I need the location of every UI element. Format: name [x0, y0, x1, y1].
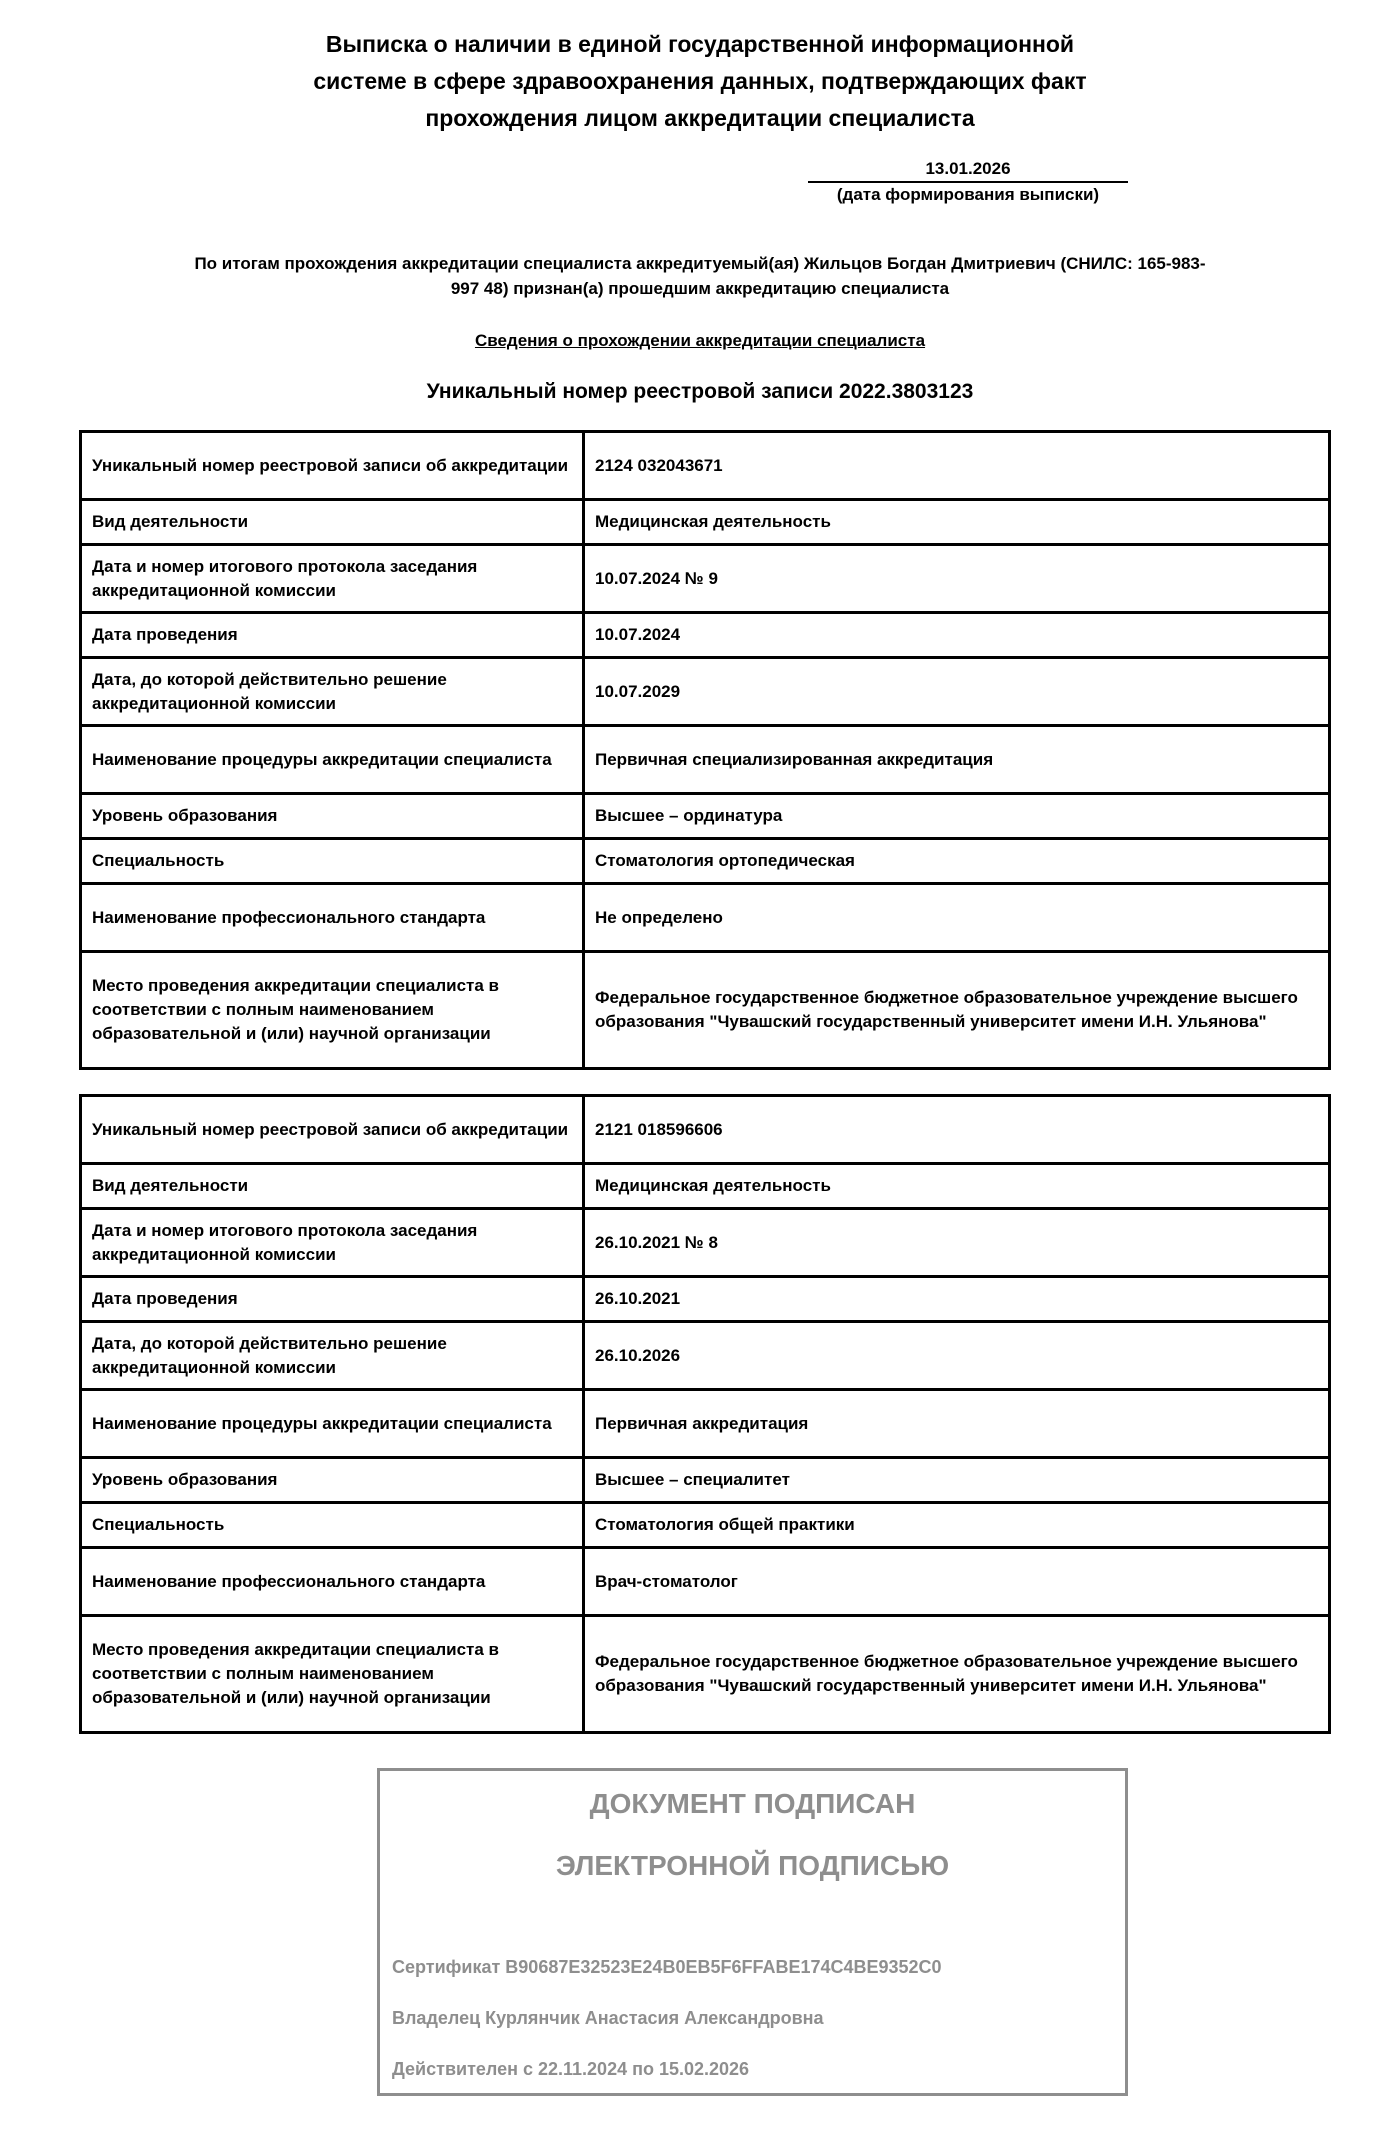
table-row: Специальность Стоматология общей практик… — [81, 1503, 1330, 1548]
row-value: Стоматология ортопедическая — [584, 839, 1330, 884]
table-row: Место проведения аккредитации специалист… — [81, 1616, 1330, 1733]
row-value: Федеральное государственное бюджетное об… — [584, 952, 1330, 1069]
row-label: Наименование процедуры аккредитации спец… — [81, 726, 584, 794]
row-value: 26.10.2021 — [584, 1277, 1330, 1322]
row-value: Высшее – специалитет — [584, 1458, 1330, 1503]
issue-date-block: 13.01.2026 (дата формирования выписки) — [808, 158, 1128, 207]
document-title-line: системе в сфере здравоохранения данных, … — [200, 63, 1200, 100]
row-value: 26.10.2026 — [584, 1322, 1330, 1390]
row-label: Место проведения аккредитации специалист… — [81, 1616, 584, 1733]
row-label: Вид деятельности — [81, 1164, 584, 1209]
row-value: Федеральное государственное бюджетное об… — [584, 1616, 1330, 1733]
row-value: Врач-стоматолог — [584, 1548, 1330, 1616]
table-row: Дата, до которой действительно решение а… — [81, 658, 1330, 726]
stamp-subheading: ЭЛЕКТРОННОЙ ПОДПИСЬЮ — [380, 1849, 1125, 1883]
row-value: 10.07.2024 № 9 — [584, 545, 1330, 613]
row-label: Наименование процедуры аккредитации спец… — [81, 1390, 584, 1458]
electronic-signature-stamp: ДОКУМЕНТ ПОДПИСАН ЭЛЕКТРОННОЙ ПОДПИСЬЮ С… — [377, 1768, 1128, 2096]
table-row: Дата, до которой действительно решение а… — [81, 1322, 1330, 1390]
accreditation-record-table: Уникальный номер реестровой записи об ак… — [79, 1094, 1331, 1734]
table-row: Место проведения аккредитации специалист… — [81, 952, 1330, 1069]
row-label: Уникальный номер реестровой записи об ак… — [81, 432, 584, 500]
row-label: Наименование профессионального стандарта — [81, 1548, 584, 1616]
table-row: Дата проведения 10.07.2024 — [81, 613, 1330, 658]
row-value: 2121 018596606 — [584, 1096, 1330, 1164]
table-row: Наименование процедуры аккредитации спец… — [81, 726, 1330, 794]
row-label: Уровень образования — [81, 1458, 584, 1503]
table-row: Дата и номер итогового протокола заседан… — [81, 545, 1330, 613]
row-label: Специальность — [81, 839, 584, 884]
registry-number-heading: Уникальный номер реестровой записи 2022.… — [200, 378, 1200, 406]
intro-line: 997 48) признан(а) прошедшим аккредитаци… — [70, 276, 1330, 301]
row-label: Наименование профессионального стандарта — [81, 884, 584, 952]
table-row: Наименование профессионального стандарта… — [81, 884, 1330, 952]
issue-date: 13.01.2026 — [808, 158, 1128, 183]
row-label: Уникальный номер реестровой записи об ак… — [81, 1096, 584, 1164]
table-row: Специальность Стоматология ортопедическа… — [81, 839, 1330, 884]
row-label: Вид деятельности — [81, 500, 584, 545]
intro-statement: По итогам прохождения аккредитации специ… — [70, 251, 1330, 301]
table-row: Наименование процедуры аккредитации спец… — [81, 1390, 1330, 1458]
row-value: 10.07.2024 — [584, 613, 1330, 658]
table-row: Дата и номер итогового протокола заседан… — [81, 1209, 1330, 1277]
stamp-owner: Владелец Курлянчик Анастасия Александров… — [392, 2007, 824, 2029]
table-row: Уровень образования Высшее – ординатура — [81, 794, 1330, 839]
table-row: Уникальный номер реестровой записи об ак… — [81, 432, 1330, 500]
table-row: Уникальный номер реестровой записи об ак… — [81, 1096, 1330, 1164]
row-value: Стоматология общей практики — [584, 1503, 1330, 1548]
row-label: Дата проведения — [81, 613, 584, 658]
row-value: 26.10.2021 № 8 — [584, 1209, 1330, 1277]
table-row: Вид деятельности Медицинская деятельност… — [81, 1164, 1330, 1209]
accreditation-record-table: Уникальный номер реестровой записи об ак… — [79, 430, 1331, 1070]
row-value: 10.07.2029 — [584, 658, 1330, 726]
issue-date-caption: (дата формирования выписки) — [808, 183, 1128, 207]
row-value: Медицинская деятельность — [584, 1164, 1330, 1209]
row-label: Дата и номер итогового протокола заседан… — [81, 1209, 584, 1277]
stamp-heading: ДОКУМЕНТ ПОДПИСАН — [380, 1787, 1125, 1821]
row-value: Не определено — [584, 884, 1330, 952]
row-label: Дата, до которой действительно решение а… — [81, 1322, 584, 1390]
row-value: Первичная специализированная аккредитаци… — [584, 726, 1330, 794]
row-label: Дата проведения — [81, 1277, 584, 1322]
row-value: Медицинская деятельность — [584, 500, 1330, 545]
row-value: Высшее – ординатура — [584, 794, 1330, 839]
row-value: 2124 032043671 — [584, 432, 1330, 500]
table-row: Дата проведения 26.10.2021 — [81, 1277, 1330, 1322]
row-label: Специальность — [81, 1503, 584, 1548]
row-label: Место проведения аккредитации специалист… — [81, 952, 584, 1069]
stamp-certificate: Сертификат B90687E32523E24B0EB5F6FFABE17… — [392, 1956, 942, 1978]
table-row: Вид деятельности Медицинская деятельност… — [81, 500, 1330, 545]
row-label: Уровень образования — [81, 794, 584, 839]
document-title: Выписка о наличии в единой государственн… — [200, 26, 1200, 137]
row-value: Первичная аккредитация — [584, 1390, 1330, 1458]
intro-line: По итогам прохождения аккредитации специ… — [70, 251, 1330, 276]
stamp-validity: Действителен с 22.11.2024 по 15.02.2026 — [392, 2058, 749, 2080]
document-title-line: прохождения лицом аккредитации специалис… — [200, 100, 1200, 137]
document-title-line: Выписка о наличии в единой государственн… — [200, 26, 1200, 63]
table-row: Уровень образования Высшее – специалитет — [81, 1458, 1330, 1503]
row-label: Дата, до которой действительно решение а… — [81, 658, 584, 726]
row-label: Дата и номер итогового протокола заседан… — [81, 545, 584, 613]
table-row: Наименование профессионального стандарта… — [81, 1548, 1330, 1616]
section-heading: Сведения о прохождении аккредитации спец… — [200, 330, 1200, 352]
